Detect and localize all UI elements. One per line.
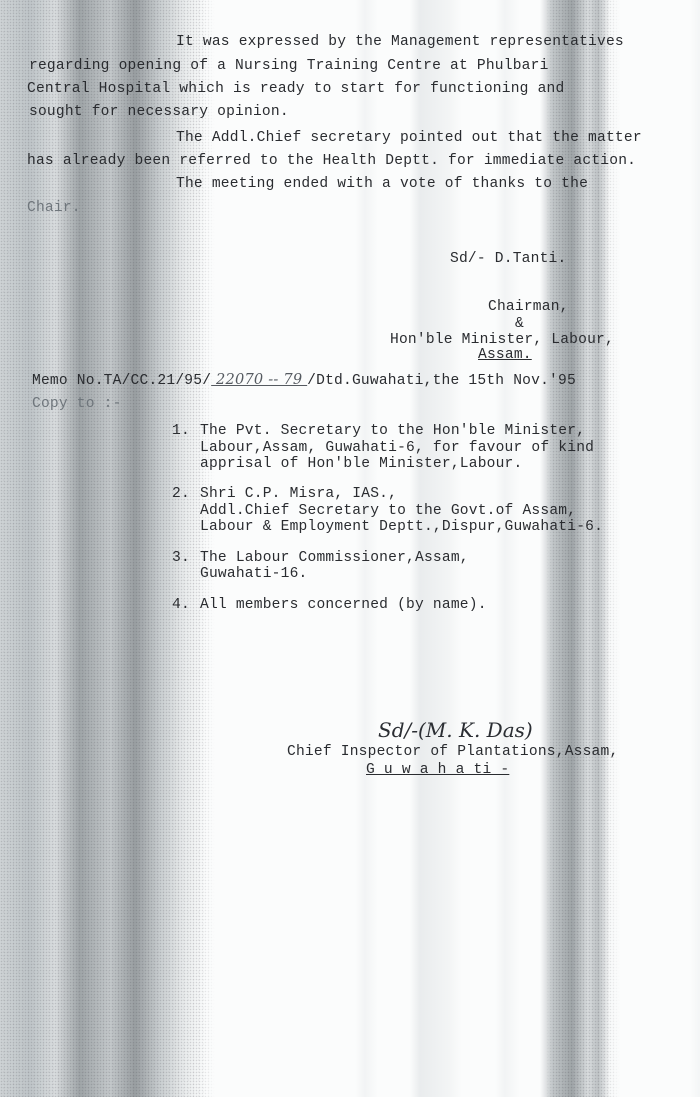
para1-line2: regarding opening of a Nursing Training … [29,59,549,74]
copy-4-line1: All members concerned (by name). [200,598,487,613]
copy-3-line2: Guwahati-16. [200,567,308,582]
para2-line1: The Addl.Chief secretary pointed out tha… [176,131,642,146]
para1-line1: It was expressed by the Management repre… [176,35,624,50]
memo-date: /Dtd.Guwahati,the 15th Nov.'95 [307,373,576,389]
signature-tanti: Sd/- D.Tanti. [450,252,566,267]
para2-line2: has already been referred to the Health … [27,154,636,169]
copy-1-num: 1. [172,424,190,439]
signature1-title-minister: Hon'ble Minister, Labour, [390,333,614,348]
copy-3-line1: The Labour Commissioner,Assam, [200,551,469,566]
para1-line4: sought for necessary opinion. [29,105,289,120]
para1-line3: Central Hospital which is ready to start… [27,82,564,97]
signature1-ampersand: & [515,317,524,332]
copy-4-num: 4. [172,598,190,613]
copy-1-line3: apprisal of Hon'ble Minister,Labour. [200,457,522,472]
copy-1-line1: The Pvt. Secretary to the Hon'ble Minist… [200,424,585,439]
copy-2-line3: Labour & Employment Deptt.,Dispur,Guwaha… [200,520,603,535]
memo-number: 22070 -- 79 [211,371,307,388]
copy-to-label: Copy to :- [32,397,122,412]
copy-1-line2: Labour,Assam, Guwahati-6, for favour of … [200,441,594,456]
signature1-title-chairman: Chairman, [488,300,569,315]
signature2-title: Chief Inspector of Plantations,Assam, [287,745,618,760]
signature2-place-text: G u w a h a ti - [366,762,509,778]
signature1-title-assam: Assam. [478,348,532,363]
copy-3-num: 3. [172,551,190,566]
signature2-place: G u w a h a ti - [366,763,509,778]
copy-2-line1: Shri C.P. Misra, IAS., [200,487,397,502]
para3-line2: Chair. [27,201,81,216]
memo-line: Memo No.TA/CC.21/95/ 22070 -- 79 /Dtd.Gu… [32,373,576,389]
para3-line1: The meeting ended with a vote of thanks … [176,177,588,192]
handwritten-signature-das: Sd/-(M. K. Das) [378,718,533,742]
copy-2-num: 2. [172,487,190,502]
copy-2-line2: Addl.Chief Secretary to the Govt.of Assa… [200,504,576,519]
memo-prefix: Memo No.TA/CC.21/95/ [32,373,211,389]
